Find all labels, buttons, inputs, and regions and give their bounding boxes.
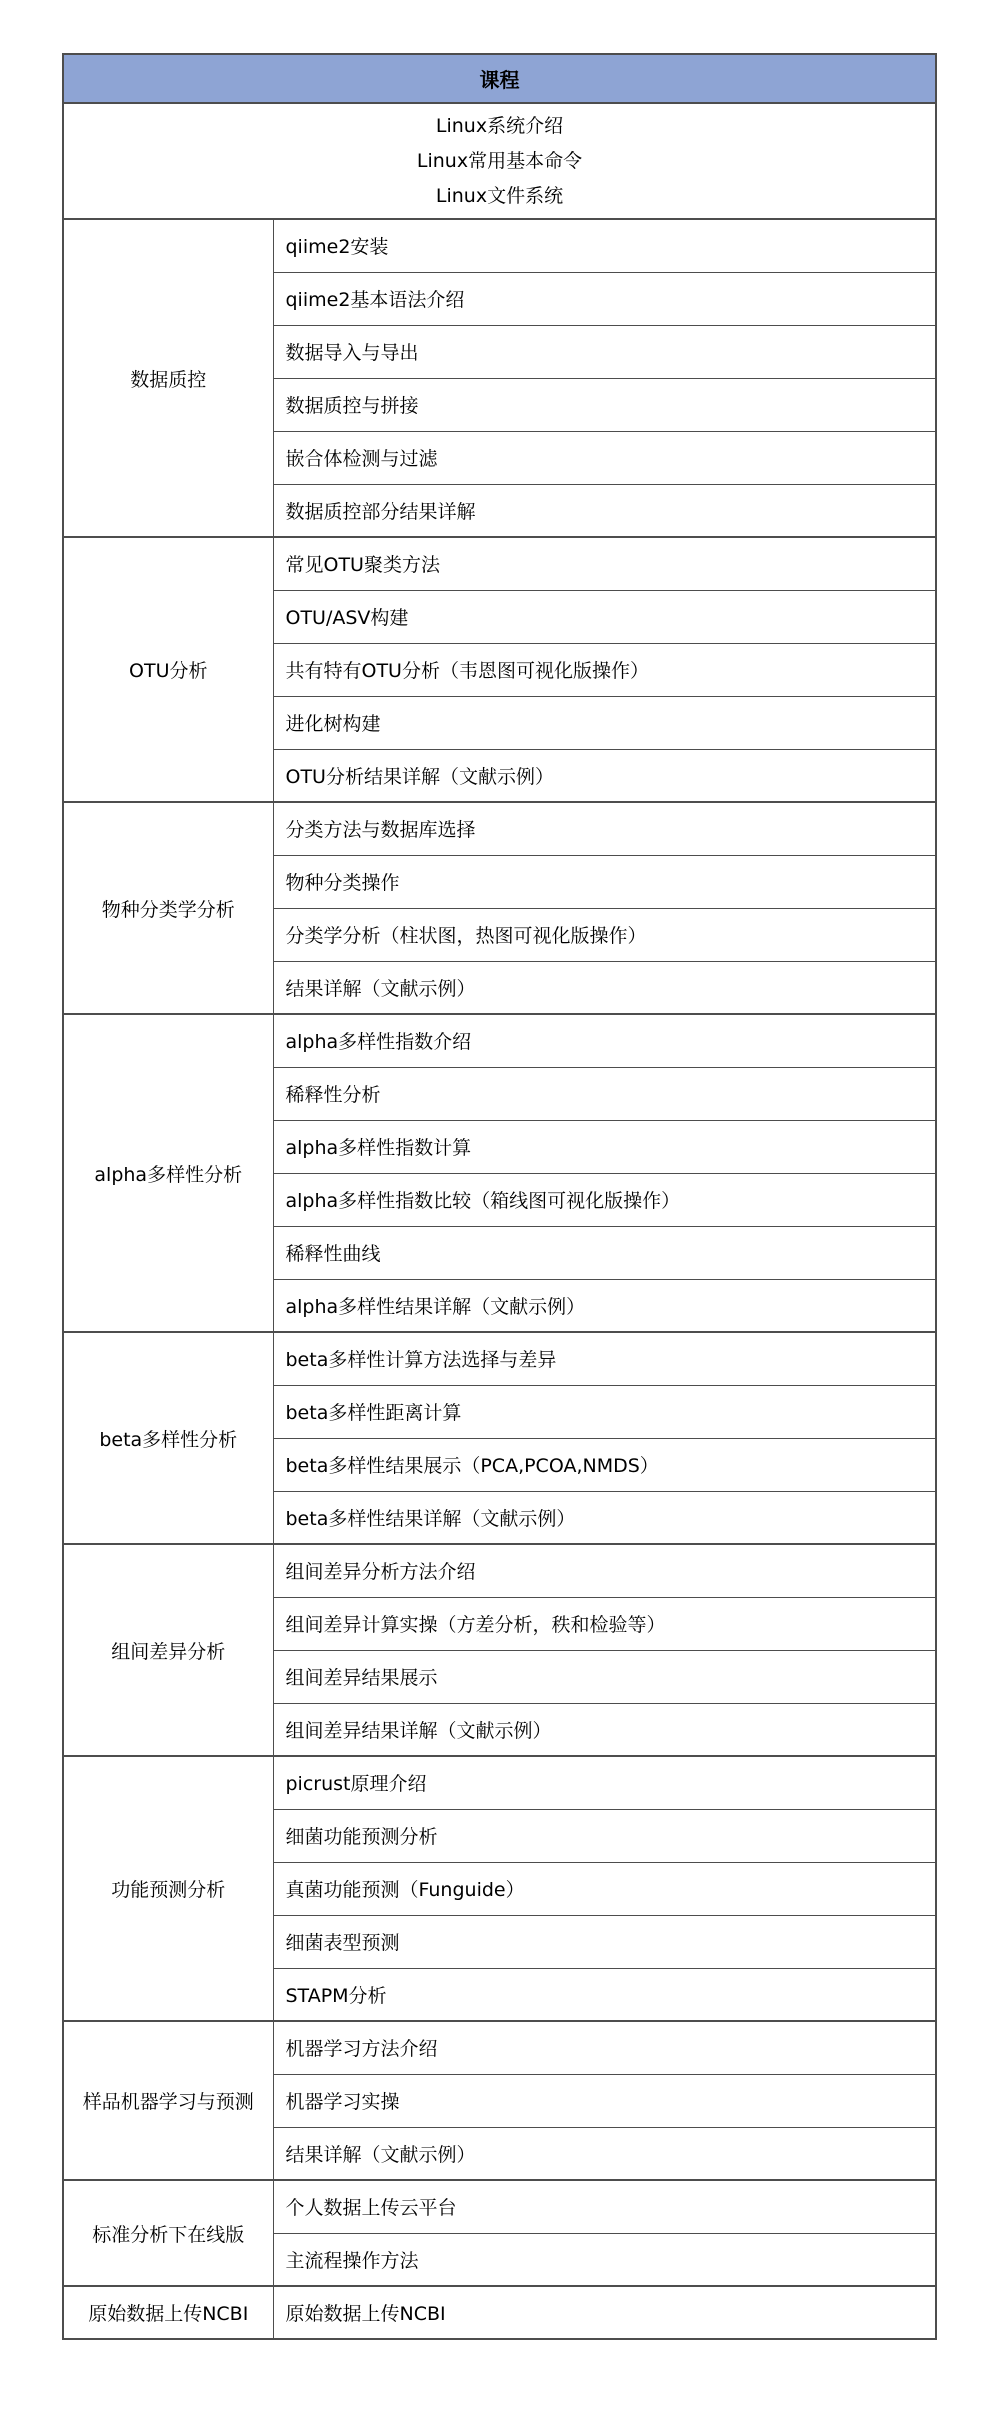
table-row: 组间差异分析组间差异分析方法介绍 bbox=[63, 1544, 936, 1597]
table-row: 标准分析下在线版个人数据上传云平台 bbox=[63, 2180, 936, 2233]
course-item-cell: 分类方法与数据库选择 bbox=[273, 802, 936, 855]
course-item-cell: 组间差异结果展示 bbox=[273, 1650, 936, 1703]
course-item-cell: 真菌功能预测（Funguide） bbox=[273, 1862, 936, 1915]
course-item-cell: 嵌合体检测与过滤 bbox=[273, 431, 936, 484]
course-item-cell: alpha多样性指数计算 bbox=[273, 1120, 936, 1173]
course-item-cell: 组间差异结果详解（文献示例） bbox=[273, 1703, 936, 1756]
course-item-cell: 物种分类操作 bbox=[273, 855, 936, 908]
course-item-cell: 数据质控部分结果详解 bbox=[273, 484, 936, 537]
course-item-cell: picrust原理介绍 bbox=[273, 1756, 936, 1809]
course-item-cell: 机器学习方法介绍 bbox=[273, 2021, 936, 2074]
course-table-body: Linux系统介绍 Linux常用基本命令 Linux文件系统 数据质控qiim… bbox=[63, 103, 936, 2339]
course-item-cell: alpha多样性指数比较（箱线图可视化版操作） bbox=[273, 1173, 936, 1226]
course-item-cell: STAPM分析 bbox=[273, 1968, 936, 2021]
intro-line: Linux系统介绍 bbox=[64, 109, 935, 144]
course-item-cell: beta多样性结果展示（PCA,PCOA,NMDS） bbox=[273, 1438, 936, 1491]
course-item-cell: beta多样性结果详解（文献示例） bbox=[273, 1491, 936, 1544]
course-item-cell: alpha多样性结果详解（文献示例） bbox=[273, 1279, 936, 1332]
intro-row: Linux系统介绍 Linux常用基本命令 Linux文件系统 bbox=[63, 103, 936, 219]
course-item-cell: beta多样性距离计算 bbox=[273, 1385, 936, 1438]
category-cell: beta多样性分析 bbox=[63, 1332, 273, 1544]
table-row: alpha多样性分析alpha多样性指数介绍 bbox=[63, 1014, 936, 1067]
course-item-cell: 细菌功能预测分析 bbox=[273, 1809, 936, 1862]
table-row: 原始数据上传NCBI原始数据上传NCBI bbox=[63, 2286, 936, 2339]
table-header-row: 课程 bbox=[63, 54, 936, 103]
category-cell: 样品机器学习与预测 bbox=[63, 2021, 273, 2180]
course-item-cell: 分类学分析（柱状图，热图可视化版操作） bbox=[273, 908, 936, 961]
course-item-cell: 细菌表型预测 bbox=[273, 1915, 936, 1968]
category-cell: OTU分析 bbox=[63, 537, 273, 802]
intro-cell: Linux系统介绍 Linux常用基本命令 Linux文件系统 bbox=[63, 103, 936, 219]
course-item-cell: 机器学习实操 bbox=[273, 2074, 936, 2127]
course-item-cell: 个人数据上传云平台 bbox=[273, 2180, 936, 2233]
category-cell: 标准分析下在线版 bbox=[63, 2180, 273, 2286]
course-item-cell: 稀释性分析 bbox=[273, 1067, 936, 1120]
table-row: beta多样性分析beta多样性计算方法选择与差异 bbox=[63, 1332, 936, 1385]
intro-line: Linux文件系统 bbox=[64, 179, 935, 214]
category-cell: 物种分类学分析 bbox=[63, 802, 273, 1014]
course-item-cell: 稀释性曲线 bbox=[273, 1226, 936, 1279]
course-item-cell: 常见OTU聚类方法 bbox=[273, 537, 936, 590]
table-header-cell: 课程 bbox=[63, 54, 936, 103]
course-item-cell: 数据质控与拼接 bbox=[273, 378, 936, 431]
table-row: 样品机器学习与预测机器学习方法介绍 bbox=[63, 2021, 936, 2074]
table-row: OTU分析常见OTU聚类方法 bbox=[63, 537, 936, 590]
course-item-cell: OTU分析结果详解（文献示例） bbox=[273, 749, 936, 802]
course-item-cell: 数据导入与导出 bbox=[273, 325, 936, 378]
table-row: 功能预测分析picrust原理介绍 bbox=[63, 1756, 936, 1809]
course-item-cell: alpha多样性指数介绍 bbox=[273, 1014, 936, 1067]
category-cell: 原始数据上传NCBI bbox=[63, 2286, 273, 2339]
course-table: 课程 Linux系统介绍 Linux常用基本命令 Linux文件系统 数据质控q… bbox=[62, 53, 937, 2340]
category-cell: 组间差异分析 bbox=[63, 1544, 273, 1756]
table-row: 数据质控qiime2安装 bbox=[63, 219, 936, 272]
category-cell: 功能预测分析 bbox=[63, 1756, 273, 2021]
course-item-cell: 组间差异分析方法介绍 bbox=[273, 1544, 936, 1597]
course-item-cell: OTU/ASV构建 bbox=[273, 590, 936, 643]
course-item-cell: 结果详解（文献示例） bbox=[273, 2127, 936, 2180]
course-item-cell: 进化树构建 bbox=[273, 696, 936, 749]
course-item-cell: 共有特有OTU分析（韦恩图可视化版操作） bbox=[273, 643, 936, 696]
category-cell: alpha多样性分析 bbox=[63, 1014, 273, 1332]
course-item-cell: 组间差异计算实操（方差分析，秩和检验等） bbox=[273, 1597, 936, 1650]
course-item-cell: 结果详解（文献示例） bbox=[273, 961, 936, 1014]
page: { "table": { "header": { "label": "课程" }… bbox=[0, 53, 1000, 2422]
table-row: 物种分类学分析分类方法与数据库选择 bbox=[63, 802, 936, 855]
course-item-cell: 原始数据上传NCBI bbox=[273, 2286, 936, 2339]
course-item-cell: beta多样性计算方法选择与差异 bbox=[273, 1332, 936, 1385]
course-item-cell: qiime2基本语法介绍 bbox=[273, 272, 936, 325]
course-item-cell: qiime2安装 bbox=[273, 219, 936, 272]
intro-line: Linux常用基本命令 bbox=[64, 144, 935, 179]
course-item-cell: 主流程操作方法 bbox=[273, 2233, 936, 2286]
category-cell: 数据质控 bbox=[63, 219, 273, 537]
